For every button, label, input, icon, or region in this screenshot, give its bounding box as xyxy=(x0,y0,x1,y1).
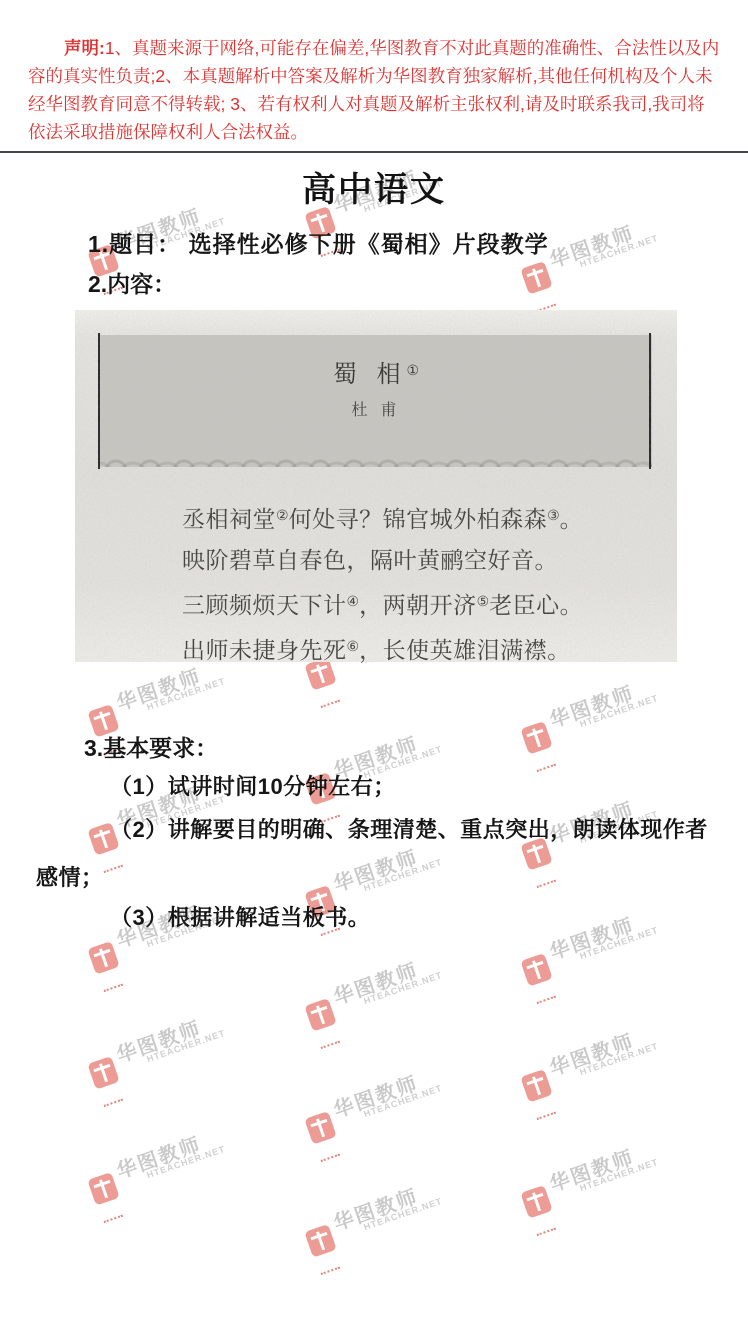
requirement-item-continuation: 感情； xyxy=(36,861,104,892)
requirement-item: （1）试讲时间10分钟左右； xyxy=(110,770,396,801)
page-title: 高中语文 xyxy=(0,162,748,211)
disclaimer-line: 经华图教育同意不得转载; 3、若有权利人对真题及解析主张权利,请及时联系我司,我… xyxy=(28,90,728,118)
disclaimer-text: 1、真题来源于网络,可能存在偏差,华图教育不对此真题的准确性、合法性以及内 xyxy=(105,38,719,58)
content-layer: 声明:1、真题来源于网络,可能存在偏差,华图教育不对此真题的准确性、合法性以及内… xyxy=(0,0,748,1335)
question-topic: 1.题目： 选择性必修下册《蜀相》片段教学 xyxy=(88,226,549,259)
document-page: 华图教师HTEACHER.NET华图教师HTEACHER.NET华图教师HTEA… xyxy=(0,0,748,1335)
disclaimer-label: 声明: xyxy=(64,38,105,58)
disclaimer-line: 容的真实性负责;2、本真题解析中答案及解析为华图教育独家解析,其他任何机构及个人… xyxy=(28,62,728,90)
disclaimer-line: 依法采取措施保障权利人合法权益。 xyxy=(28,118,728,146)
requirements-section-label: 3.基本要求： xyxy=(84,730,218,763)
section-divider xyxy=(0,151,748,153)
disclaimer-line: 声明:1、真题来源于网络,可能存在偏差,华图教育不对此真题的准确性、合法性以及内 xyxy=(28,34,728,62)
disclaimer: 声明:1、真题来源于网络,可能存在偏差,华图教育不对此真题的准确性、合法性以及内… xyxy=(28,34,728,146)
requirement-item: （2）讲解要目的明确、条理清楚、重点突出，朗读体现作者 xyxy=(110,813,708,844)
requirement-item: （3）根据讲解适当板书。 xyxy=(110,901,370,932)
content-section-label: 2.内容： xyxy=(88,266,176,299)
